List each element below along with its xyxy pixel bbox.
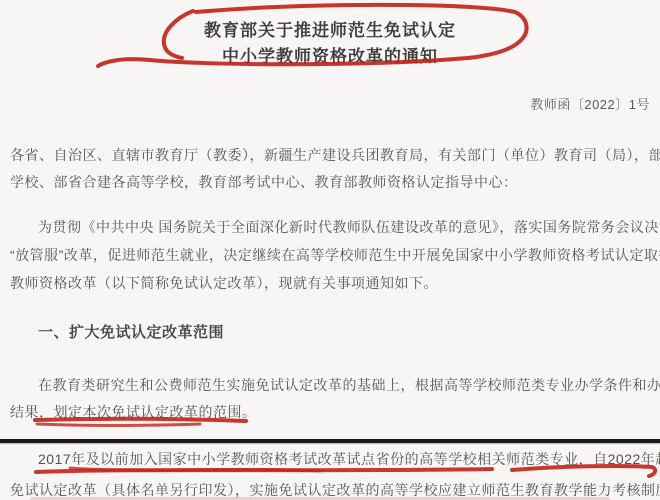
doc-title-line2: 中小学教师资格改革的通知 [0, 42, 660, 67]
underline-2017-annotation-2 [70, 468, 320, 471]
salutation-line1: 各省、自治区、直辖市教育厅（教委），新疆生产建设兵团教育局，有关部门（单位）教育… [10, 146, 652, 164]
intro-paragraph-line3: 教师资格改革（以下简称免试认定改革），现就有关事项通知如下。 [10, 274, 652, 292]
underline-2017-annotation [36, 469, 492, 472]
section-one-paragraph1-line1: 在教育类研究生和公费师范生实施免试认定改革的基础上，根据高等学校师范类专业办学条… [38, 376, 652, 394]
screenshot-seam-divider [0, 439, 660, 443]
doc-number: 教师函〔2022〕1号 [530, 94, 650, 113]
section-one-paragraph2-line1: 2017年及以前加入国家中小学教师资格考试改革试点省份的高等学校相关师范类专业，… [38, 450, 652, 468]
underline-scope-annotation-2 [37, 424, 200, 426]
document-page: 教育部关于推进师范生免试认定 中小学教师资格改革的通知 教师函〔2022〕1号 … [0, 0, 660, 500]
doc-title-line1: 教育部关于推进师范生免试认定 [0, 16, 660, 41]
section-one-paragraph1-line2: 结果，划定本次免试认定改革的范围。 [10, 403, 652, 421]
intro-paragraph-line1: 为贯彻《中共中央 国务院关于全面深化新时代教师队伍建设改革的意见》，落实国务院常… [38, 218, 652, 236]
salutation-line2: 学校、部省合建各高等学校，教育部考试中心、教育部教师资格认定指导中心： [10, 173, 652, 191]
intro-paragraph-line2: “放管服”改革，促进师范生就业，决定继续在高等学校师范生中开展免国家中小学教师资… [10, 246, 652, 264]
section-one-heading: 一、扩大免试认定改革范围 [38, 324, 652, 342]
